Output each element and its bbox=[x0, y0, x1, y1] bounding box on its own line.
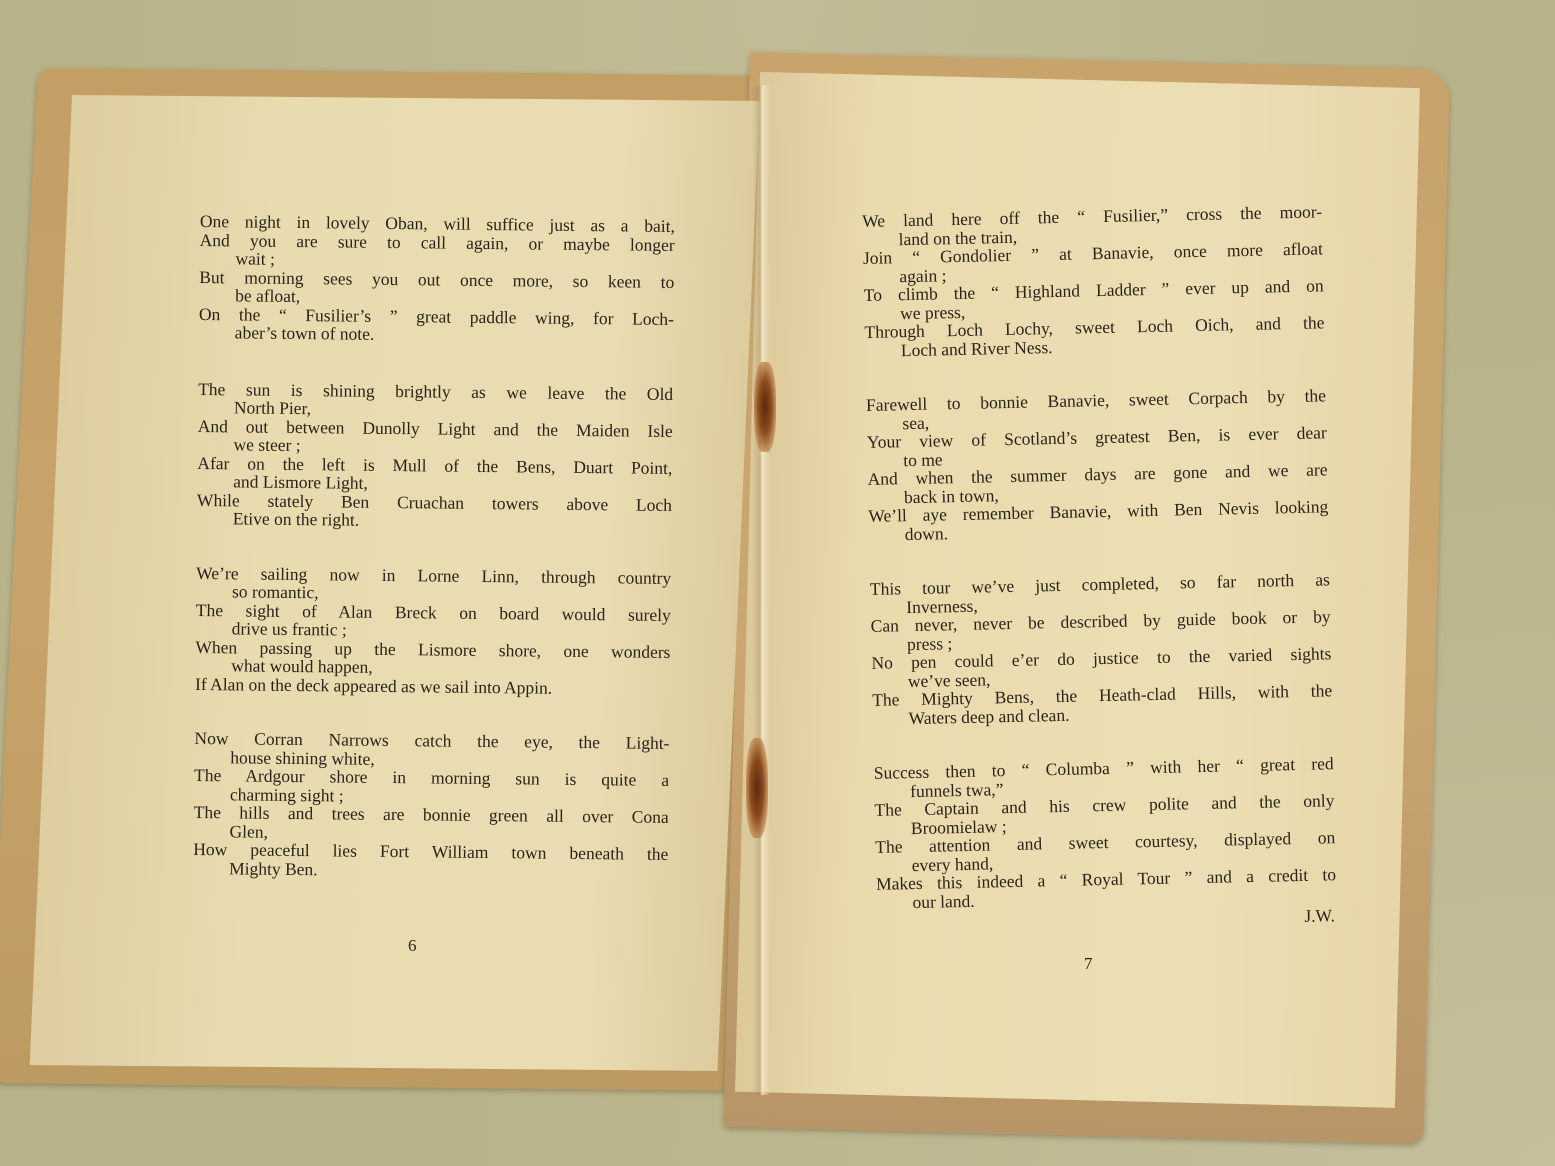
page-number-left: 6 bbox=[408, 936, 417, 956]
stanza: The sun is shining brightly as we leave … bbox=[197, 379, 674, 532]
rusted-staple-top bbox=[754, 362, 776, 452]
rusted-staple-bottom bbox=[746, 738, 768, 838]
stanza: We’re sailing now in Lorne Linn, through… bbox=[195, 563, 671, 697]
right-page-poem: We land here off the “ Fusilier,” cross … bbox=[862, 202, 1337, 934]
stanza: Now Corran Narrows catch the eye, the Li… bbox=[193, 729, 670, 882]
open-booklet: One night in lovely Oban, will suffice j… bbox=[0, 0, 1555, 1166]
spine-gutter bbox=[752, 85, 770, 1095]
stanza: Farewell to bonnie Banavie, sweet Corpac… bbox=[866, 386, 1329, 544]
stanza: One night in lovely Oban, will suffice j… bbox=[199, 212, 675, 346]
stanza: Success then to “ Columba ” with her “ g… bbox=[874, 754, 1337, 934]
stanza: We land here off the “ Fusilier,” cross … bbox=[862, 202, 1325, 360]
left-page-poem: One night in lovely Oban, will suffice j… bbox=[193, 212, 675, 918]
stanza: This tour we’ve just completed, so far n… bbox=[870, 570, 1333, 728]
verse-line: If Alan on the deck appeared as we sail … bbox=[195, 674, 670, 697]
page-number-right: 7 bbox=[1084, 954, 1093, 974]
